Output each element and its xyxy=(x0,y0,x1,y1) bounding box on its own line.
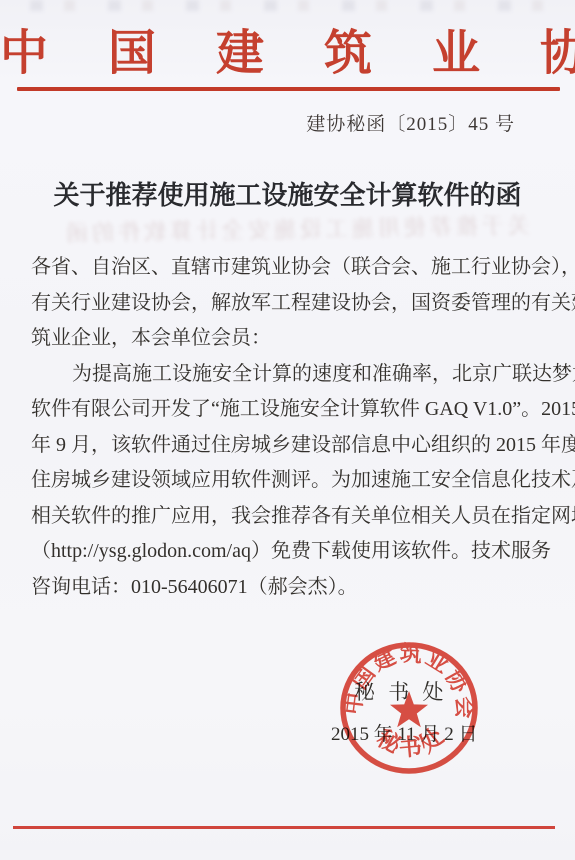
body-line: 软件有限公司开发了“施工设施安全计算软件 GAQ V1.0”。2015 xyxy=(31,392,544,428)
body-line-url: （http://ysg.glodon.com/aq）免费下载使用该软件。技术服务 xyxy=(31,534,544,570)
salutation-line: 有关行业建设协会，解放军工程建设协会，国资委管理的有关建 xyxy=(31,286,544,322)
seal-bottom-text: 秘书处 xyxy=(373,721,452,761)
org-name-letterhead: 中 国 建 筑 业 协 会 xyxy=(0,14,575,83)
seal-star-icon xyxy=(390,691,428,727)
official-seal: 中国建筑业协会 秘书处 xyxy=(336,641,482,777)
letterhead-divider xyxy=(17,87,560,91)
ghost-bleed-strip xyxy=(30,0,563,11)
salutation-line: 各省、自治区、直辖市建筑业协会（联合会、施工行业协会）， xyxy=(31,250,544,286)
document-number: 建协秘函〔2015〕45 号 xyxy=(306,109,515,136)
salutation-line: 筑业企业，本会单位会员： xyxy=(31,321,544,357)
letter-body: 各省、自治区、直辖市建筑业协会（联合会、施工行业协会）， 有关行业建设协会，解放… xyxy=(31,250,544,605)
body-line: 年 9 月，该软件通过住房城乡建设部信息中心组织的 2015 年度 xyxy=(31,428,544,464)
body-line: 相关软件的推广应用，我会推荐各有关单位相关人员在指定网址 xyxy=(31,499,544,535)
scanned-letter-page: 中 国 建 筑 业 协 会 建协秘函〔2015〕45 号 关于推荐使用施工设施安… xyxy=(0,0,575,860)
ghost-bleed-text: 关于推荐使用施工设施安全计算软件的函 xyxy=(62,209,530,248)
letter-title: 关于推荐使用施工设施安全计算软件的函 xyxy=(0,175,575,212)
body-line: 住房城乡建设领域应用软件测评。为加速施工安全信息化技术及 xyxy=(31,463,544,499)
body-line: 为提高施工设施安全计算的速度和准确率，北京广联达梦龙 xyxy=(31,357,544,393)
body-line-phone: 咨询电话：010-56406071（郝会杰）。 xyxy=(31,570,544,606)
footer-divider xyxy=(13,826,555,829)
